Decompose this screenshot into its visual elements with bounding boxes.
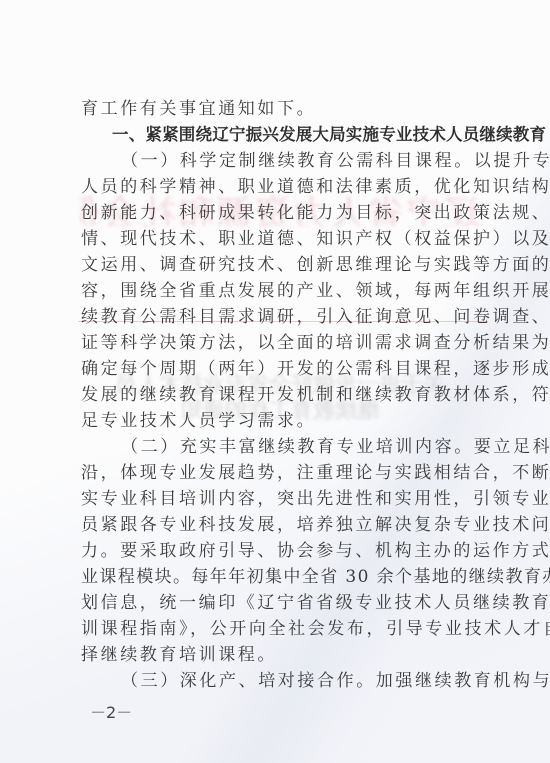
paragraph-line: 续教育公需科目需求调研，引入征询意见、问卷调查、专家论	[81, 304, 485, 330]
paragraph-line: 业课程模块。每年年初集中全省 30 余个基地的继续教育办班计	[81, 564, 485, 590]
paragraph-line: 划信息，统一编印《辽宁省省级专业技术人员继续教育基地培	[81, 590, 485, 616]
paragraph-line: 力。要采取政府引导、协会参与、机构主办的运作方式开发专	[81, 538, 485, 564]
paragraph-line: 文运用、调查研究技术、创新思维理论与实践等方面的重点内	[81, 252, 485, 278]
intro-tail: 育工作有关事宜通知如下。	[81, 96, 485, 122]
scanned-page: 辽宁省人力资源和社会保障厅文件 关于进一步做好全省专业技术人员 继续教育工作的通…	[0, 0, 550, 763]
paragraph-line: 训课程指南》，公开向全社会发布，引导专业技术人才自主选	[81, 616, 485, 642]
document-body: 育工作有关事宜通知如下。 一、紧紧围绕辽宁振兴发展大局实施专业技术人员继续教育 …	[81, 96, 485, 694]
paragraph-3: （三）深化产、培对接合作。加强继续教育机构与产业园	[81, 668, 485, 694]
paragraph-line: 人员的科学精神、职业道德和法律素质，优化知识结构，增强	[81, 174, 485, 200]
paragraph-line: 择继续教育培训课程。	[81, 642, 485, 668]
paragraph-line: 确定每个周期（两年）开发的公需科目课程，逐步形成可持续	[81, 356, 485, 382]
paragraph-line: 实专业科目培训内容，突出先进性和实用性，引领专业技术人	[81, 486, 485, 512]
paragraph-line: 发展的继续教育课程开发机制和继续教育教材体系，符合和满	[81, 382, 485, 408]
paragraph-line: 足专业技术人员学习需求。	[81, 408, 485, 434]
paragraph-1: （一）科学定制继续教育公需科目课程。以提升专业技术 人员的科学精神、职业道德和法…	[81, 148, 485, 434]
paragraph-line: （二）充实丰富继续教育专业培训内容。要立足科技前	[81, 434, 485, 460]
paragraph-line: 情、现代技术、职业道德、知识产权（权益保护）以及科技论	[81, 226, 485, 252]
paragraph-2: （二）充实丰富继续教育专业培训内容。要立足科技前 沿，体现专业发展趋势，注重理论…	[81, 434, 485, 668]
paragraph-line: 证等科学决策方法，以全面的培训需求调查分析结果为依据，	[81, 330, 485, 356]
paragraph-line: （三）深化产、培对接合作。加强继续教育机构与产业园	[81, 668, 485, 694]
paragraph-line: 员紧跟各专业科技发展，培养独立解决复杂专业技术问题的能	[81, 512, 485, 538]
paragraph-line: 容，围绕全省重点发展的产业、领域，每两年组织开展一次继	[81, 278, 485, 304]
paragraph-line: 创新能力、科研成果转化能力为目标，突出政策法规、国情省	[81, 200, 485, 226]
paragraph-line: （一）科学定制继续教育公需科目课程。以提升专业技术	[81, 148, 485, 174]
paragraph-line: 沿，体现专业发展趋势，注重理论与实践相结合，不断更新充	[81, 460, 485, 486]
page-number: －2－	[90, 700, 132, 723]
section-heading: 一、紧紧围绕辽宁振兴发展大局实施专业技术人员继续教育	[81, 122, 485, 148]
